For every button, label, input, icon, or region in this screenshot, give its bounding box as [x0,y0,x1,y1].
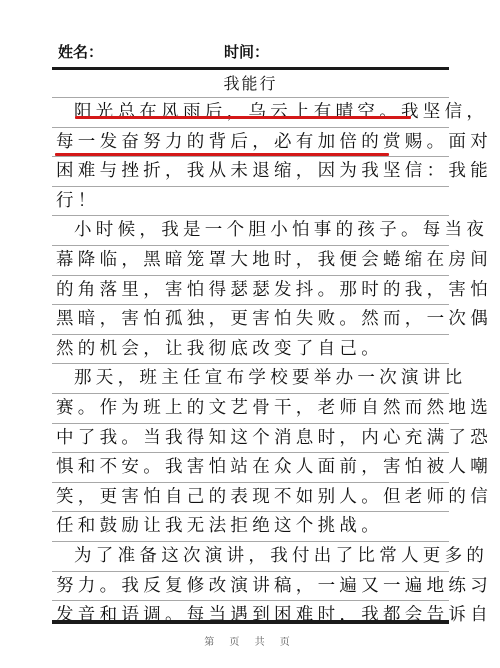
essay-line-17: 努力。我反复修改演讲稿，一遍又一遍地练习 [52,572,449,602]
essay-line-11: 赛。作为班上的文艺骨干，老师自然而然地选 [52,394,449,424]
essay-title: 我能行 [52,70,449,98]
essay-line-5: 小时候，我是一个胆小怕事的孩子。每当夜 [52,216,449,246]
page-footer: 第 页 共 页 [0,633,500,648]
essay-line-14: 笑，更害怕自己的表现不如别人。但老师的信 [52,483,449,513]
essay-line-10: 那天，班主任宣布学校要举办一次演讲比 [52,364,449,394]
essay-line-4: 行！ [52,187,449,217]
essay-line-18: 发音和语调。每当遇到困难时，我都会告诉自 [52,601,449,631]
essay-line-15: 任和鼓励让我无法拒绝这个挑战。 [52,512,449,542]
essay-line-8: 黑暗，害怕孤独，更害怕失败。然而，一次偶 [52,305,449,335]
essay-line-7: 的角落里，害怕得瑟瑟发抖。那时的我，害怕 [52,276,449,306]
red-underline-2 [55,153,389,156]
essay-line-6: 幕降临，黑暗笼罩大地时，我便会蜷缩在房间 [52,246,449,276]
name-label: 姓名： [58,44,103,62]
essay-line-9: 然的机会，让我彻底改变了自己。 [52,335,449,365]
essay-line-13: 惧和不安。我害怕站在众人面前，害怕被人嘲 [52,453,449,483]
essay-line-1: 阳光总在风雨后，乌云上有晴空。我坚信， [52,98,449,128]
red-underline-1 [75,116,411,119]
essay-line-16: 为了准备这次演讲，我付出了比常人更多的 [52,542,449,572]
bottom-rule-divider [52,620,449,624]
time-label: 时间： [224,44,269,62]
essay-line-12: 中了我。当我得知这个消息时，内心充满了恐 [52,424,449,454]
essay-line-3: 困难与挫折，我从未退缩，因为我坚信：我能 [52,157,449,187]
